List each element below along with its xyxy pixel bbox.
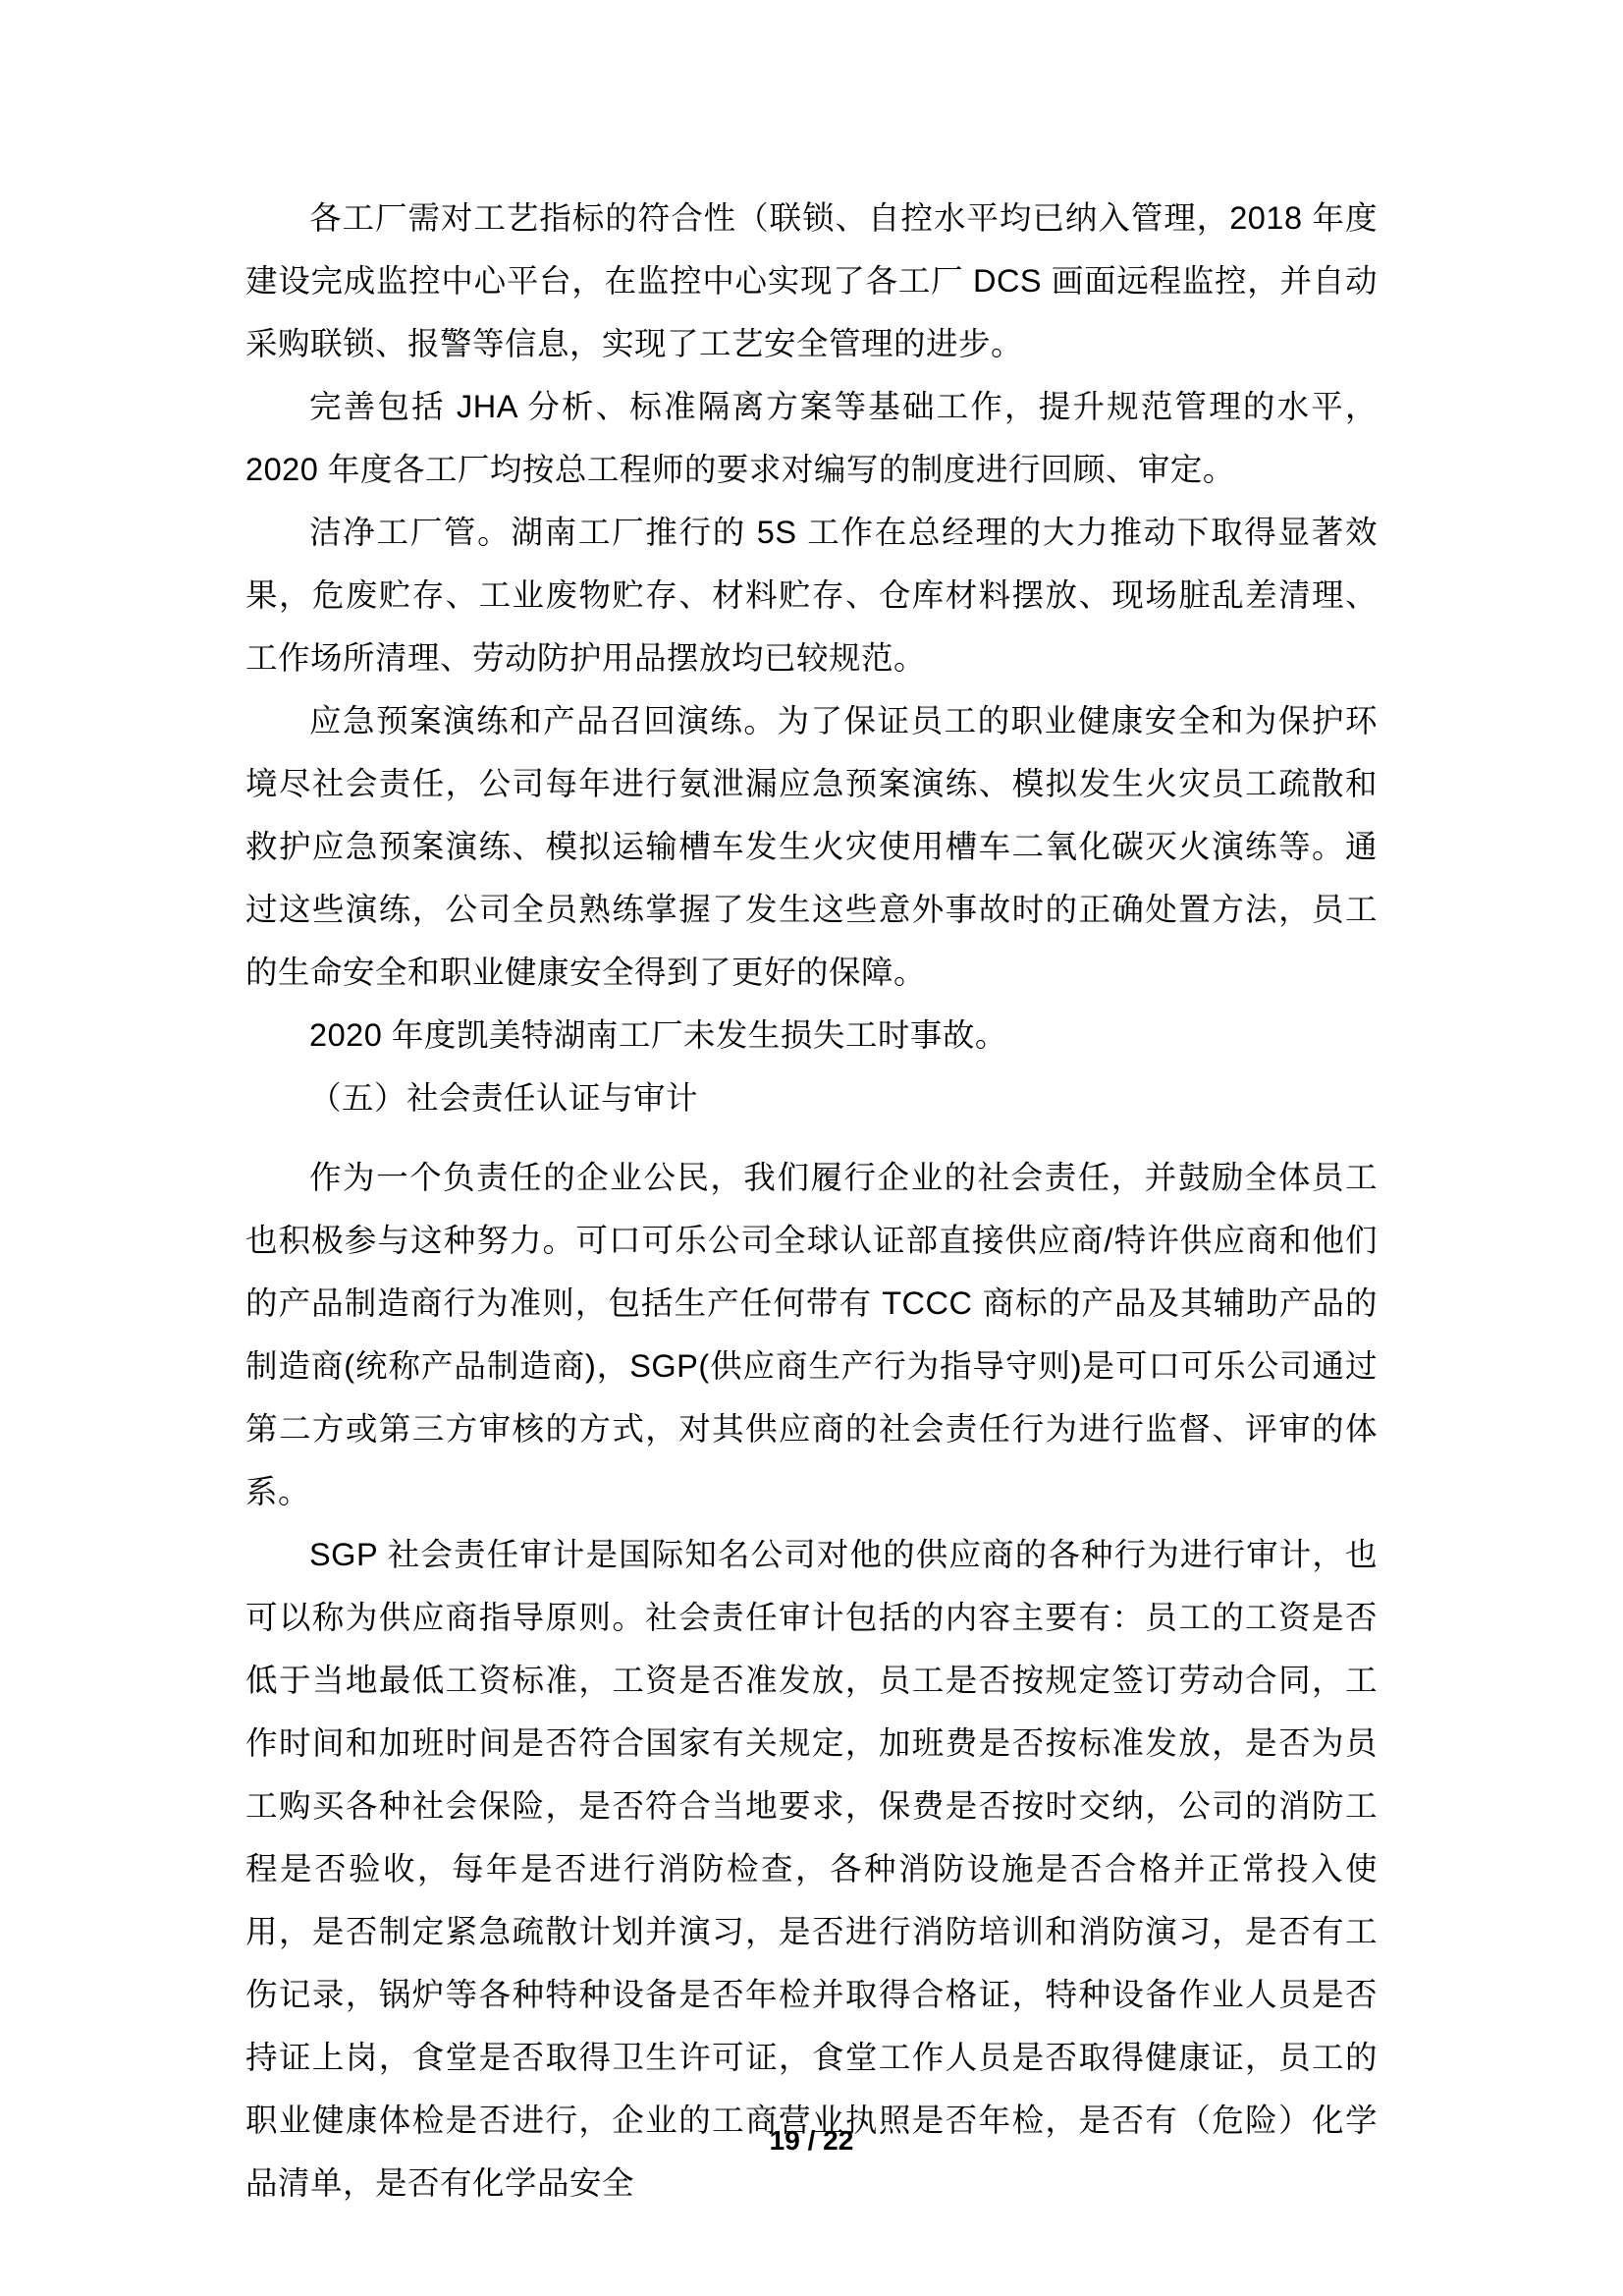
paragraph-clean-factory-5s: 洁净工厂管。湖南工厂推行的 5S 工作在总经理的大力推动下取得显著效果，危废贮存… xyxy=(245,501,1378,689)
paragraph-process-indicators: 各工厂需对工艺指标的符合性（联锁、自控水平均已纳入管理，2018 年度建设完成监… xyxy=(245,187,1378,375)
paragraph-no-lost-time-accident: 2020 年度凯美特湖南工厂未发生损失工时事故。 xyxy=(245,1004,1378,1066)
document-page: 各工厂需对工艺指标的符合性（联锁、自控水平均已纳入管理，2018 年度建设完成监… xyxy=(0,0,1623,2296)
paragraph-sgp-audit-scope: SGP 社会责任审计是国际知名公司对他的供应商的各种行为进行审计，也可以称为供应… xyxy=(245,1523,1378,2214)
paragraph-coca-cola-sgp: 作为一个负责任的企业公民，我们履行企业的社会责任，并鼓励全体员工也积极参与这种努… xyxy=(245,1146,1378,1523)
section-heading-csr-certification: （五）社会责任认证与审计 xyxy=(245,1066,1378,1129)
page-number: 19 / 22 xyxy=(0,2124,1623,2158)
document-text-block: 各工厂需对工艺指标的符合性（联锁、自控水平均已纳入管理，2018 年度建设完成监… xyxy=(245,187,1378,2214)
paragraph-emergency-drills: 应急预案演练和产品召回演练。为了保证员工的职业健康安全和为保护环境尽社会责任，公… xyxy=(245,689,1378,1004)
paragraph-jha-improvement: 完善包括 JHA 分析、标准隔离方案等基础工作，提升规范管理的水平，2020 年… xyxy=(245,375,1378,501)
